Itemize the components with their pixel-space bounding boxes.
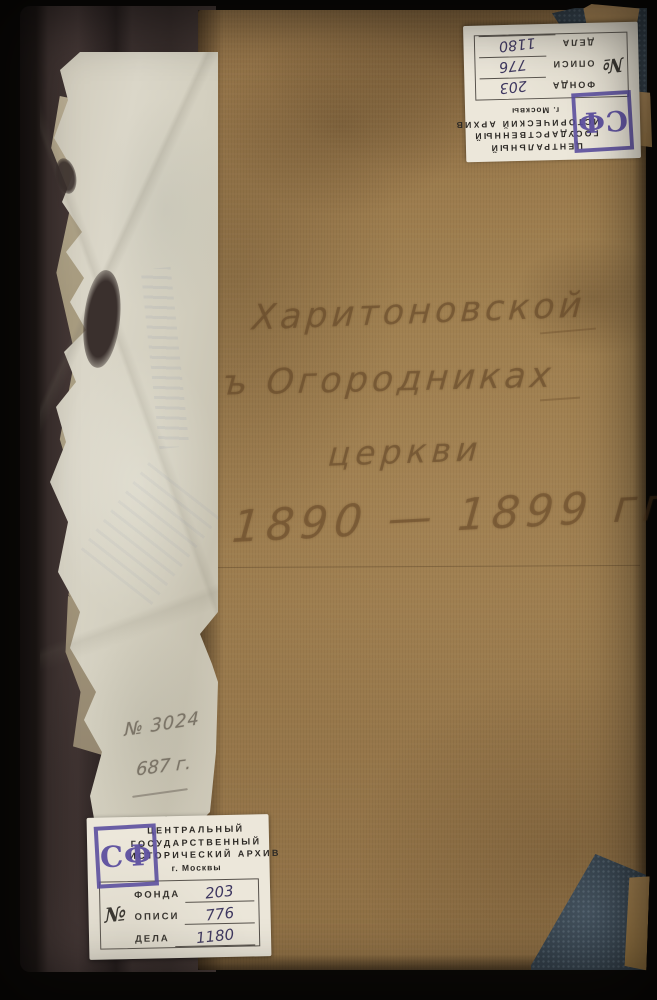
- fond-row-label: ФОНДА: [551, 76, 595, 91]
- fond-row-line: 203: [480, 77, 547, 99]
- fond-row-label: ДЕЛА: [135, 933, 170, 948]
- fond-row-value: 776: [204, 905, 234, 925]
- fond-row-label: ДЕЛА: [561, 33, 595, 47]
- number-sign: №: [104, 901, 126, 928]
- fond-row: ДЕЛА 1180: [475, 33, 627, 58]
- fond-row-line: 776: [184, 902, 255, 924]
- handwritten-title-line-3: церкви: [327, 429, 484, 474]
- fond-row-line: 1180: [174, 924, 255, 947]
- sf-stamp: СФ: [94, 823, 159, 888]
- archive-label-top-right: СФ ЦЕНТРАЛЬНЫЙ ГОСУДАРСТВЕННЫЙ ИСТОРИЧЕС…: [463, 22, 641, 163]
- fond-row: ОПИСИ 776: [475, 54, 627, 79]
- fond-row-value: 1180: [498, 34, 536, 54]
- fond-row-value: 1180: [195, 926, 235, 947]
- fond-row: ДЕЛА 1180: [101, 923, 259, 948]
- number-sign: №: [602, 53, 623, 79]
- fond-row: ОПИСИ 776: [100, 901, 258, 926]
- fond-row-label: ОПИСИ: [135, 911, 180, 926]
- fond-row-value: 203: [204, 883, 234, 903]
- fond-row-line: 1180: [479, 34, 557, 56]
- fond-table: № ФОНДА 203 ОПИСИ 776 ДЕЛА 1180: [99, 878, 260, 949]
- book-cover-photo: Харитоновской въ Огородниках церкви 1890…: [0, 0, 657, 1000]
- fond-row-label: ФОНДА: [134, 889, 180, 904]
- fond-table: № ФОНДА 203 ОПИСИ 776 ДЕЛА 1180: [474, 32, 629, 101]
- fond-row-line: 776: [479, 56, 547, 78]
- fond-row-value: 776: [498, 56, 527, 75]
- fond-row-line: 203: [185, 880, 254, 902]
- fond-row-value: 203: [498, 77, 527, 96]
- archive-label-bottom-left: СФ ЦЕНТРАЛЬНЫЙ ГОСУДАРСТВЕННЫЙ ИСТОРИЧЕС…: [87, 814, 272, 960]
- sf-stamp: СФ: [571, 90, 634, 153]
- fond-row-label: ОПИСИ: [551, 54, 594, 68]
